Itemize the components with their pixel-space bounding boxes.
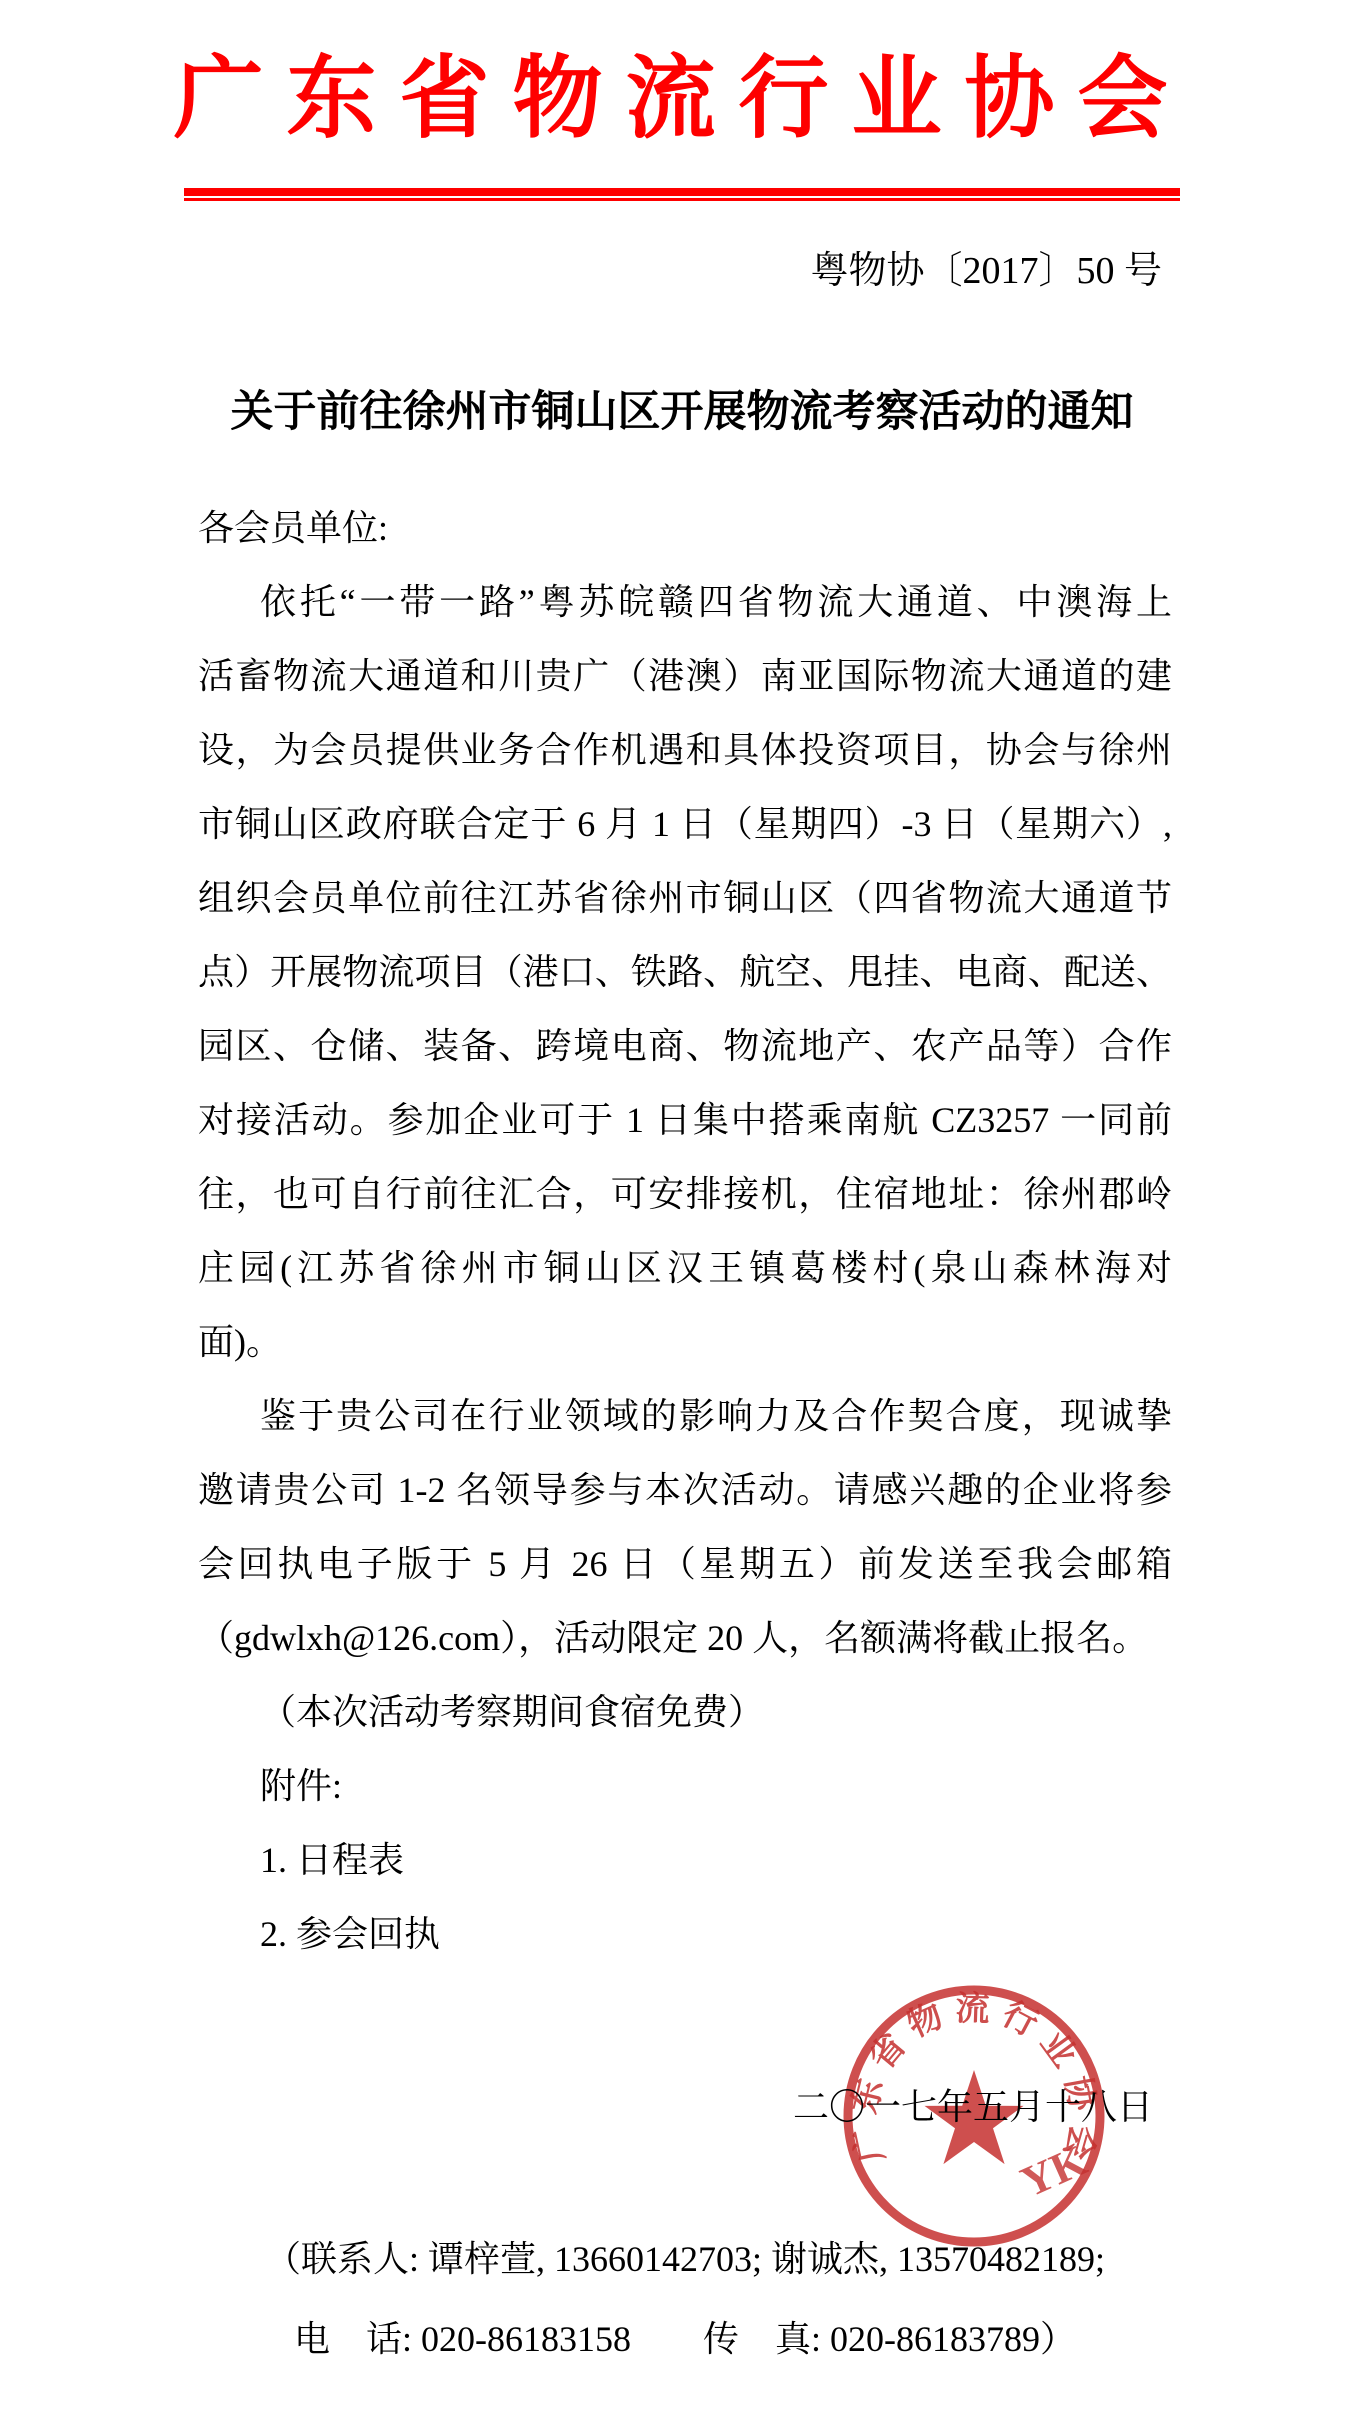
body-line: 组织会员单位前往江苏省徐州市铜山区（四省物流大通道节 [198, 861, 1172, 935]
body-line: 点）开展物流项目（港口、铁路、航空、甩挂、电商、配送、 [198, 935, 1172, 1009]
body-line: 市铜山区政府联合定于 6 月 1 日（星期四）-3 日（星期六）, [198, 787, 1172, 861]
letterhead-rule [184, 188, 1180, 201]
body-line: 各会员单位: [198, 491, 1172, 565]
body-text: 各会员单位:依托“一带一路”粤苏皖赣四省物流大通道、中澳海上活畜物流大通道和川贵… [198, 491, 1172, 1971]
body-line: 会回执电子版于 5 月 26 日（星期五）前发送至我会邮箱 [198, 1527, 1172, 1601]
signature-zone: 广东省物流行业协会 YK 二〇一七年五月十八日 （联系人: 谭梓萱, 13660… [0, 1971, 1364, 2415]
body-line: （gdwlxh@126.com），活动限定 20 人，名额满将截止报名。 [198, 1601, 1172, 1675]
body-line: 园区、仓储、装备、跨境电商、物流地产、农产品等）合作 [198, 1009, 1172, 1083]
body-line: 面)。 [198, 1305, 1172, 1379]
body-line: 附件: [198, 1749, 1172, 1823]
body-line: 邀请贵公司 1-2 名领导参与本次活动。请感兴趣的企业将参 [198, 1453, 1172, 1527]
notice-document: 广东省物流行业协会 粤物协〔2017〕50 号 关于前往徐州市铜山区开展物流考察… [0, 0, 1364, 2415]
body-line: 庄园(江苏省徐州市铜山区汉王镇葛楼村(泉山森林海对 [198, 1231, 1172, 1305]
document-number: 粤物协〔2017〕50 号 [0, 249, 1364, 293]
body-line: 1. 日程表 [198, 1823, 1172, 1897]
body-line: 依托“一带一路”粤苏皖赣四省物流大通道、中澳海上 [198, 565, 1172, 639]
contact-line-phone-fax: 电 话: 020-86183158 传 真: 020-86183789） [198, 2299, 1172, 2379]
body-line: （本次活动考察期间食宿免费） [198, 1675, 1172, 1749]
contact-line-persons: （联系人: 谭梓萱, 13660142703; 谢诚杰, 13570482189… [198, 2219, 1172, 2299]
contact-block: （联系人: 谭梓萱, 13660142703; 谢诚杰, 13570482189… [198, 2219, 1172, 2379]
letterhead-rule-thin [184, 198, 1180, 201]
letterhead-rule-thick [184, 188, 1180, 196]
org-letterhead: 广东省物流行业协会 [0, 40, 1364, 160]
issue-date: 二〇一七年五月十八日 [793, 2082, 1153, 2132]
body-line: 2. 参会回执 [198, 1897, 1172, 1971]
body-line: 鉴于贵公司在行业领域的影响力及合作契合度，现诚挚 [198, 1379, 1172, 1453]
body-line: 往，也可自行前往汇合，可安排接机，住宿地址：徐州郡岭 [198, 1157, 1172, 1231]
body-line: 活畜物流大通道和川贵广（港澳）南亚国际物流大通道的建 [198, 639, 1172, 713]
document-title: 关于前往徐州市铜山区开展物流考察活动的通知 [0, 387, 1364, 439]
body-line: 对接活动。参加企业可于 1 日集中搭乘南航 CZ3257 一同前 [198, 1083, 1172, 1157]
body-line: 设，为会员提供业务合作机遇和具体投资项目，协会与徐州 [198, 713, 1172, 787]
